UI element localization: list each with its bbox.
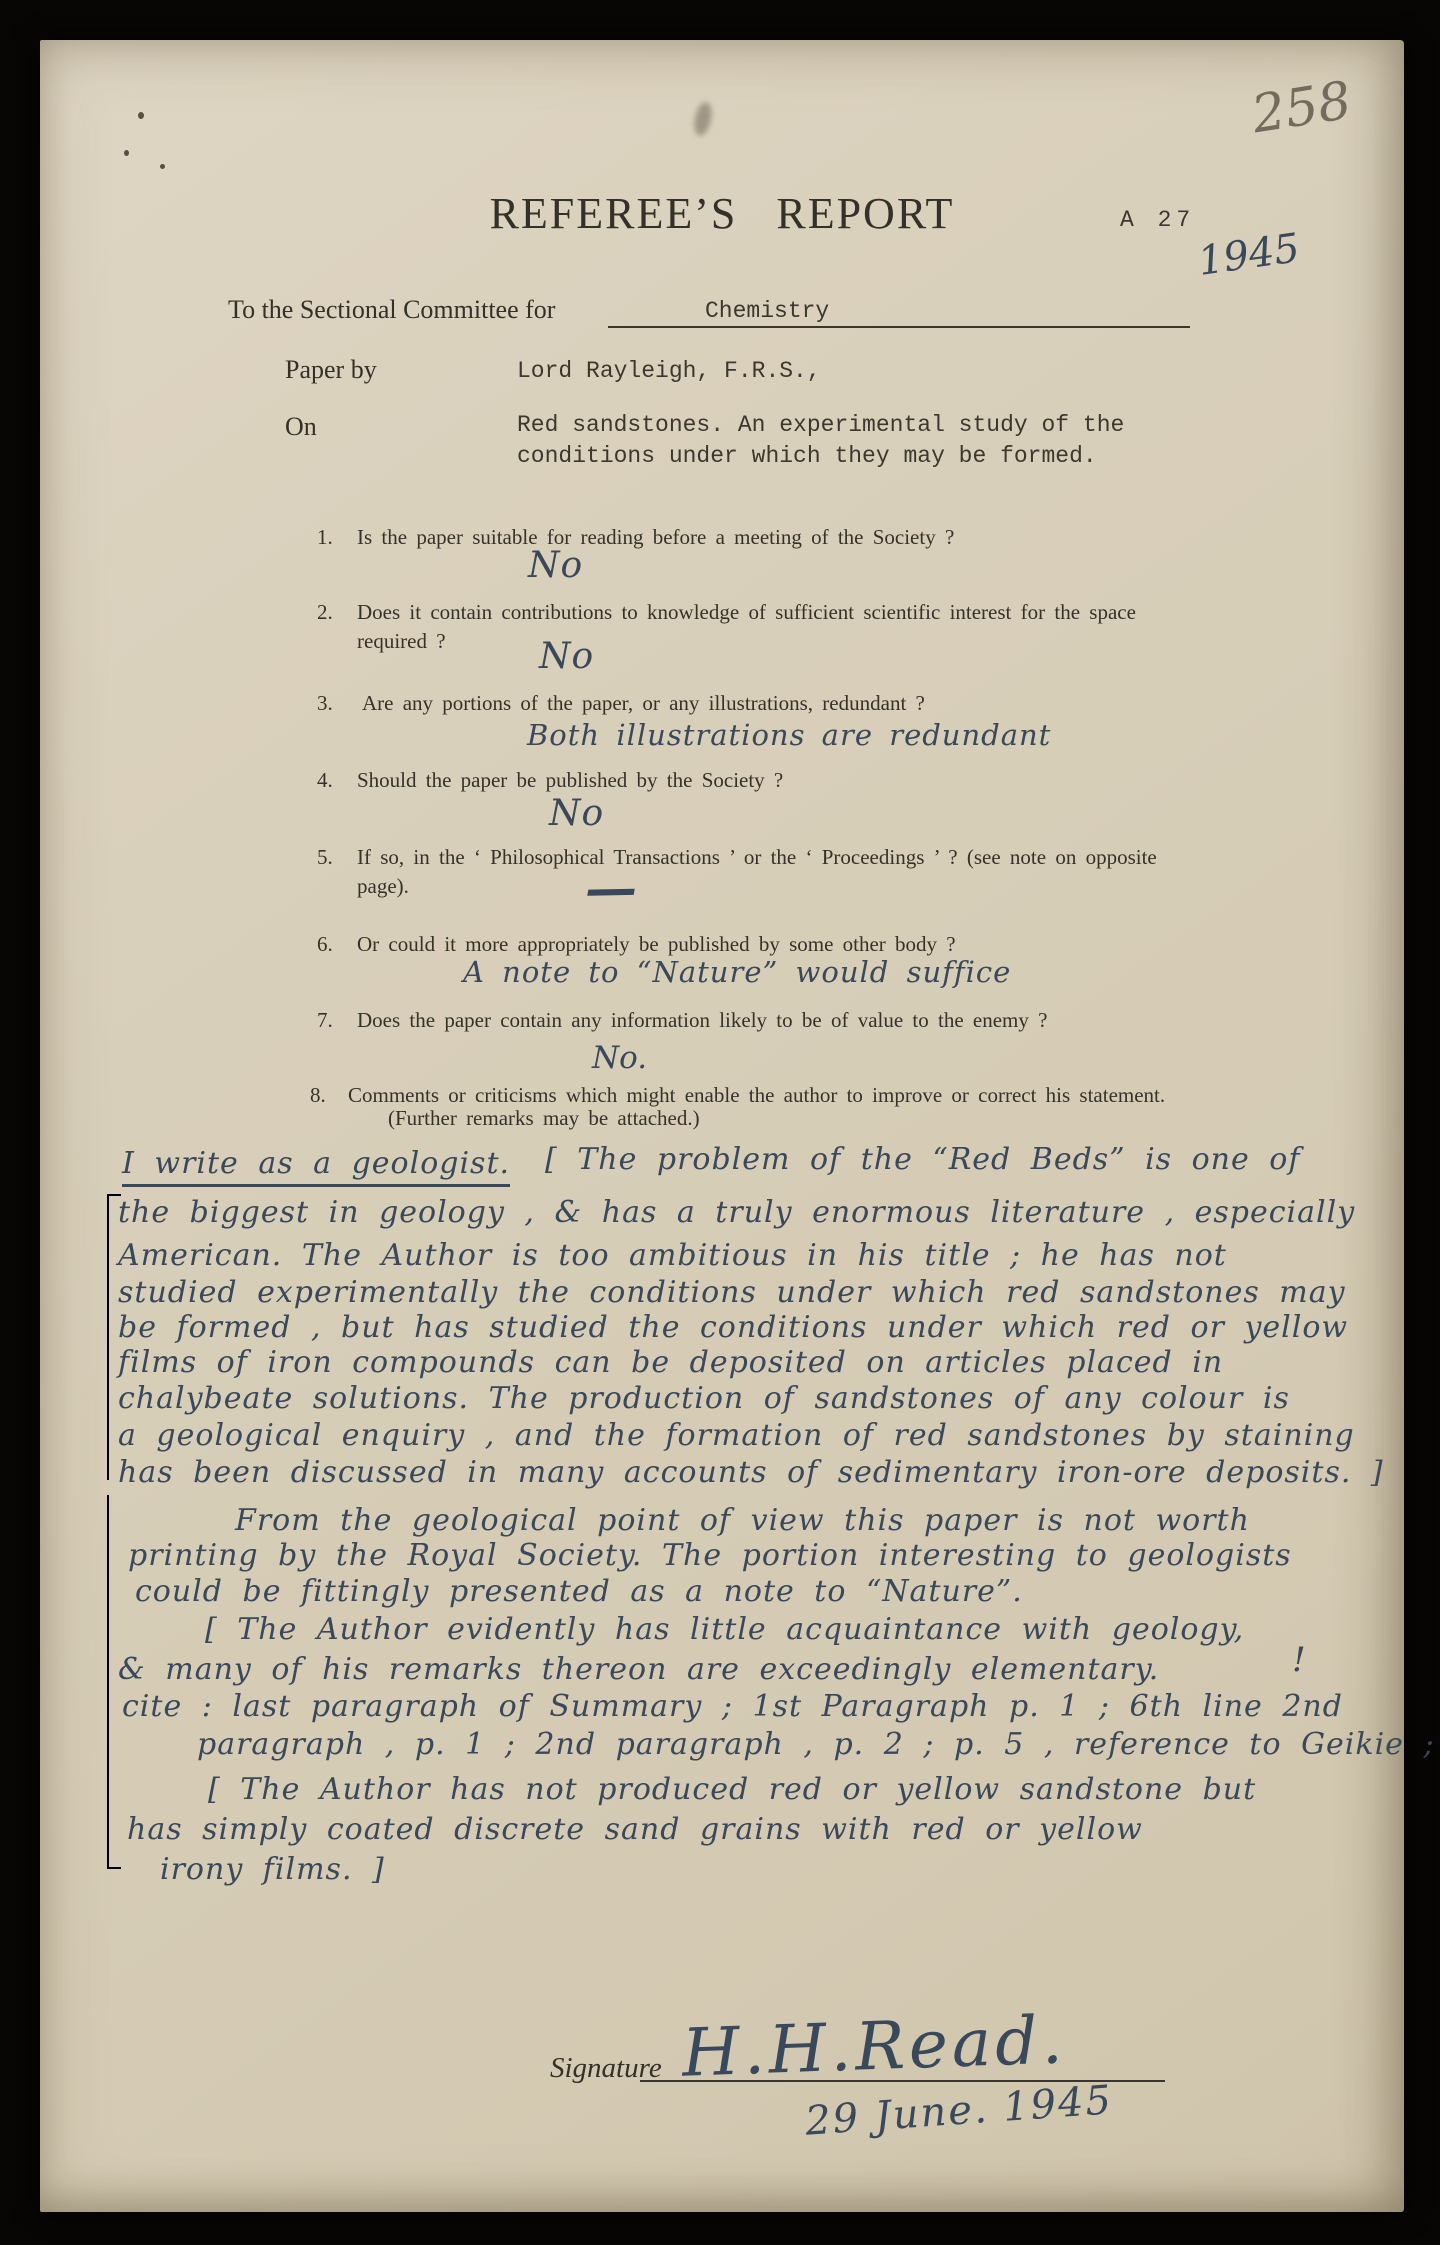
subject-line2: conditions under which they may be forme… — [517, 443, 1097, 469]
answer-7: No. — [592, 1040, 647, 1076]
form-code: A 27 — [1120, 207, 1195, 233]
comment-line: the biggest in geology , & has a truly e… — [118, 1195, 1355, 1230]
question-text: Are any portions of the paper, or any il… — [362, 691, 925, 716]
comment-line: [ The Author has not produced red or yel… — [208, 1772, 1256, 1807]
question-number: 5. — [317, 845, 333, 870]
question-number: 1. — [317, 525, 333, 550]
answer-1: No — [528, 545, 583, 586]
comment-line: a geological enquiry , and the formation… — [118, 1418, 1355, 1453]
subject-line1: Red sandstones. An experimental study of… — [517, 412, 1124, 438]
question-text: Comments or criticisms which might enabl… — [348, 1083, 1165, 1108]
answer-5-dash: — — [584, 858, 637, 920]
comment-line: American. The Author is too ambitious in… — [118, 1238, 1227, 1273]
comment-line: cite : last paragraph of Summary ; 1st P… — [122, 1689, 1343, 1724]
comment-line: chalybeate solutions. The production of … — [118, 1381, 1290, 1416]
comment-line: [ The Author evidently has little acquai… — [205, 1612, 1244, 1647]
pinhole — [124, 150, 129, 156]
answer-3: Both illustrations are redundant — [527, 718, 1051, 752]
comment-line: could be fittingly presented as a note t… — [135, 1574, 1023, 1609]
paper-by-label: Paper by — [285, 355, 377, 385]
ink-smudge — [692, 101, 715, 138]
question-text: Is the paper suitable for reading before… — [357, 525, 954, 550]
comment-line: From the geological point of view this p… — [235, 1503, 1250, 1538]
question-text: Does the paper contain any information l… — [357, 1008, 1047, 1033]
question-number: 7. — [317, 1008, 333, 1033]
comments-intro: I write as a geologist. — [122, 1146, 510, 1187]
question-text-line2: (Further remarks may be attached.) — [388, 1106, 700, 1131]
signature-date: 29 June. 1945 — [804, 2077, 1115, 2144]
comment-line: paragraph , p. 1 ; 2nd paragraph , p. 2 … — [197, 1727, 1440, 1762]
pinhole — [160, 164, 165, 169]
document-paper: 258 REFEREE’S REPORT A 27 1945 To the Se… — [40, 40, 1404, 2212]
archive-number: 258 — [1248, 71, 1355, 146]
question-text-line2: required ? — [357, 629, 446, 654]
comment-line: films of iron compounds can be deposited… — [118, 1345, 1223, 1380]
form-title: REFEREE’S REPORT — [40, 188, 1404, 239]
question-text: Or could it more appropriately be publis… — [357, 932, 956, 957]
question-text: If so, in the ‘ Philosophical Transactio… — [357, 845, 1157, 870]
question-text-line2: page). — [357, 874, 409, 899]
comment-line: printing by the Royal Society. The porti… — [128, 1538, 1292, 1573]
committee-value: Chemistry — [705, 298, 829, 324]
committee-label: To the Sectional Committee for — [228, 295, 555, 325]
answer-2: No — [539, 636, 594, 677]
question-number: 6. — [317, 932, 333, 957]
question-number: 3. — [317, 691, 333, 716]
comment-line: irony films. ] — [160, 1852, 385, 1887]
question-number: 8. — [310, 1083, 326, 1108]
answer-4: No — [549, 793, 604, 834]
pinhole — [138, 112, 144, 119]
question-text: Should the paper be published by the Soc… — [357, 768, 783, 793]
committee-underline — [608, 292, 1190, 328]
question-text: Does it contain contributions to knowled… — [357, 600, 1136, 625]
margin-exclamation: ! — [1292, 1640, 1306, 1680]
comment-line: [ The problem of the “Red Beds” is one o… — [545, 1142, 1300, 1177]
comment-line: has been discussed in many accounts of s… — [118, 1455, 1384, 1490]
comment-line: be formed , but has studied the conditio… — [118, 1310, 1348, 1345]
comment-line: & many of his remarks thereon are exceed… — [118, 1652, 1159, 1687]
subject-label: On — [285, 412, 317, 442]
comment-line: studied experimentally the conditions un… — [118, 1275, 1346, 1310]
scan-background: { "document": { "archive_number": "258",… — [0, 0, 1440, 2245]
question-number: 2. — [317, 600, 333, 625]
signature-name: H.H.Read. — [681, 2001, 1068, 2091]
answer-6: A note to “Nature” would suffice — [463, 955, 1011, 989]
question-number: 4. — [317, 768, 333, 793]
paper-by-value: Lord Rayleigh, F.R.S., — [517, 358, 821, 384]
comment-line: has simply coated discrete sand grains w… — [127, 1812, 1143, 1847]
